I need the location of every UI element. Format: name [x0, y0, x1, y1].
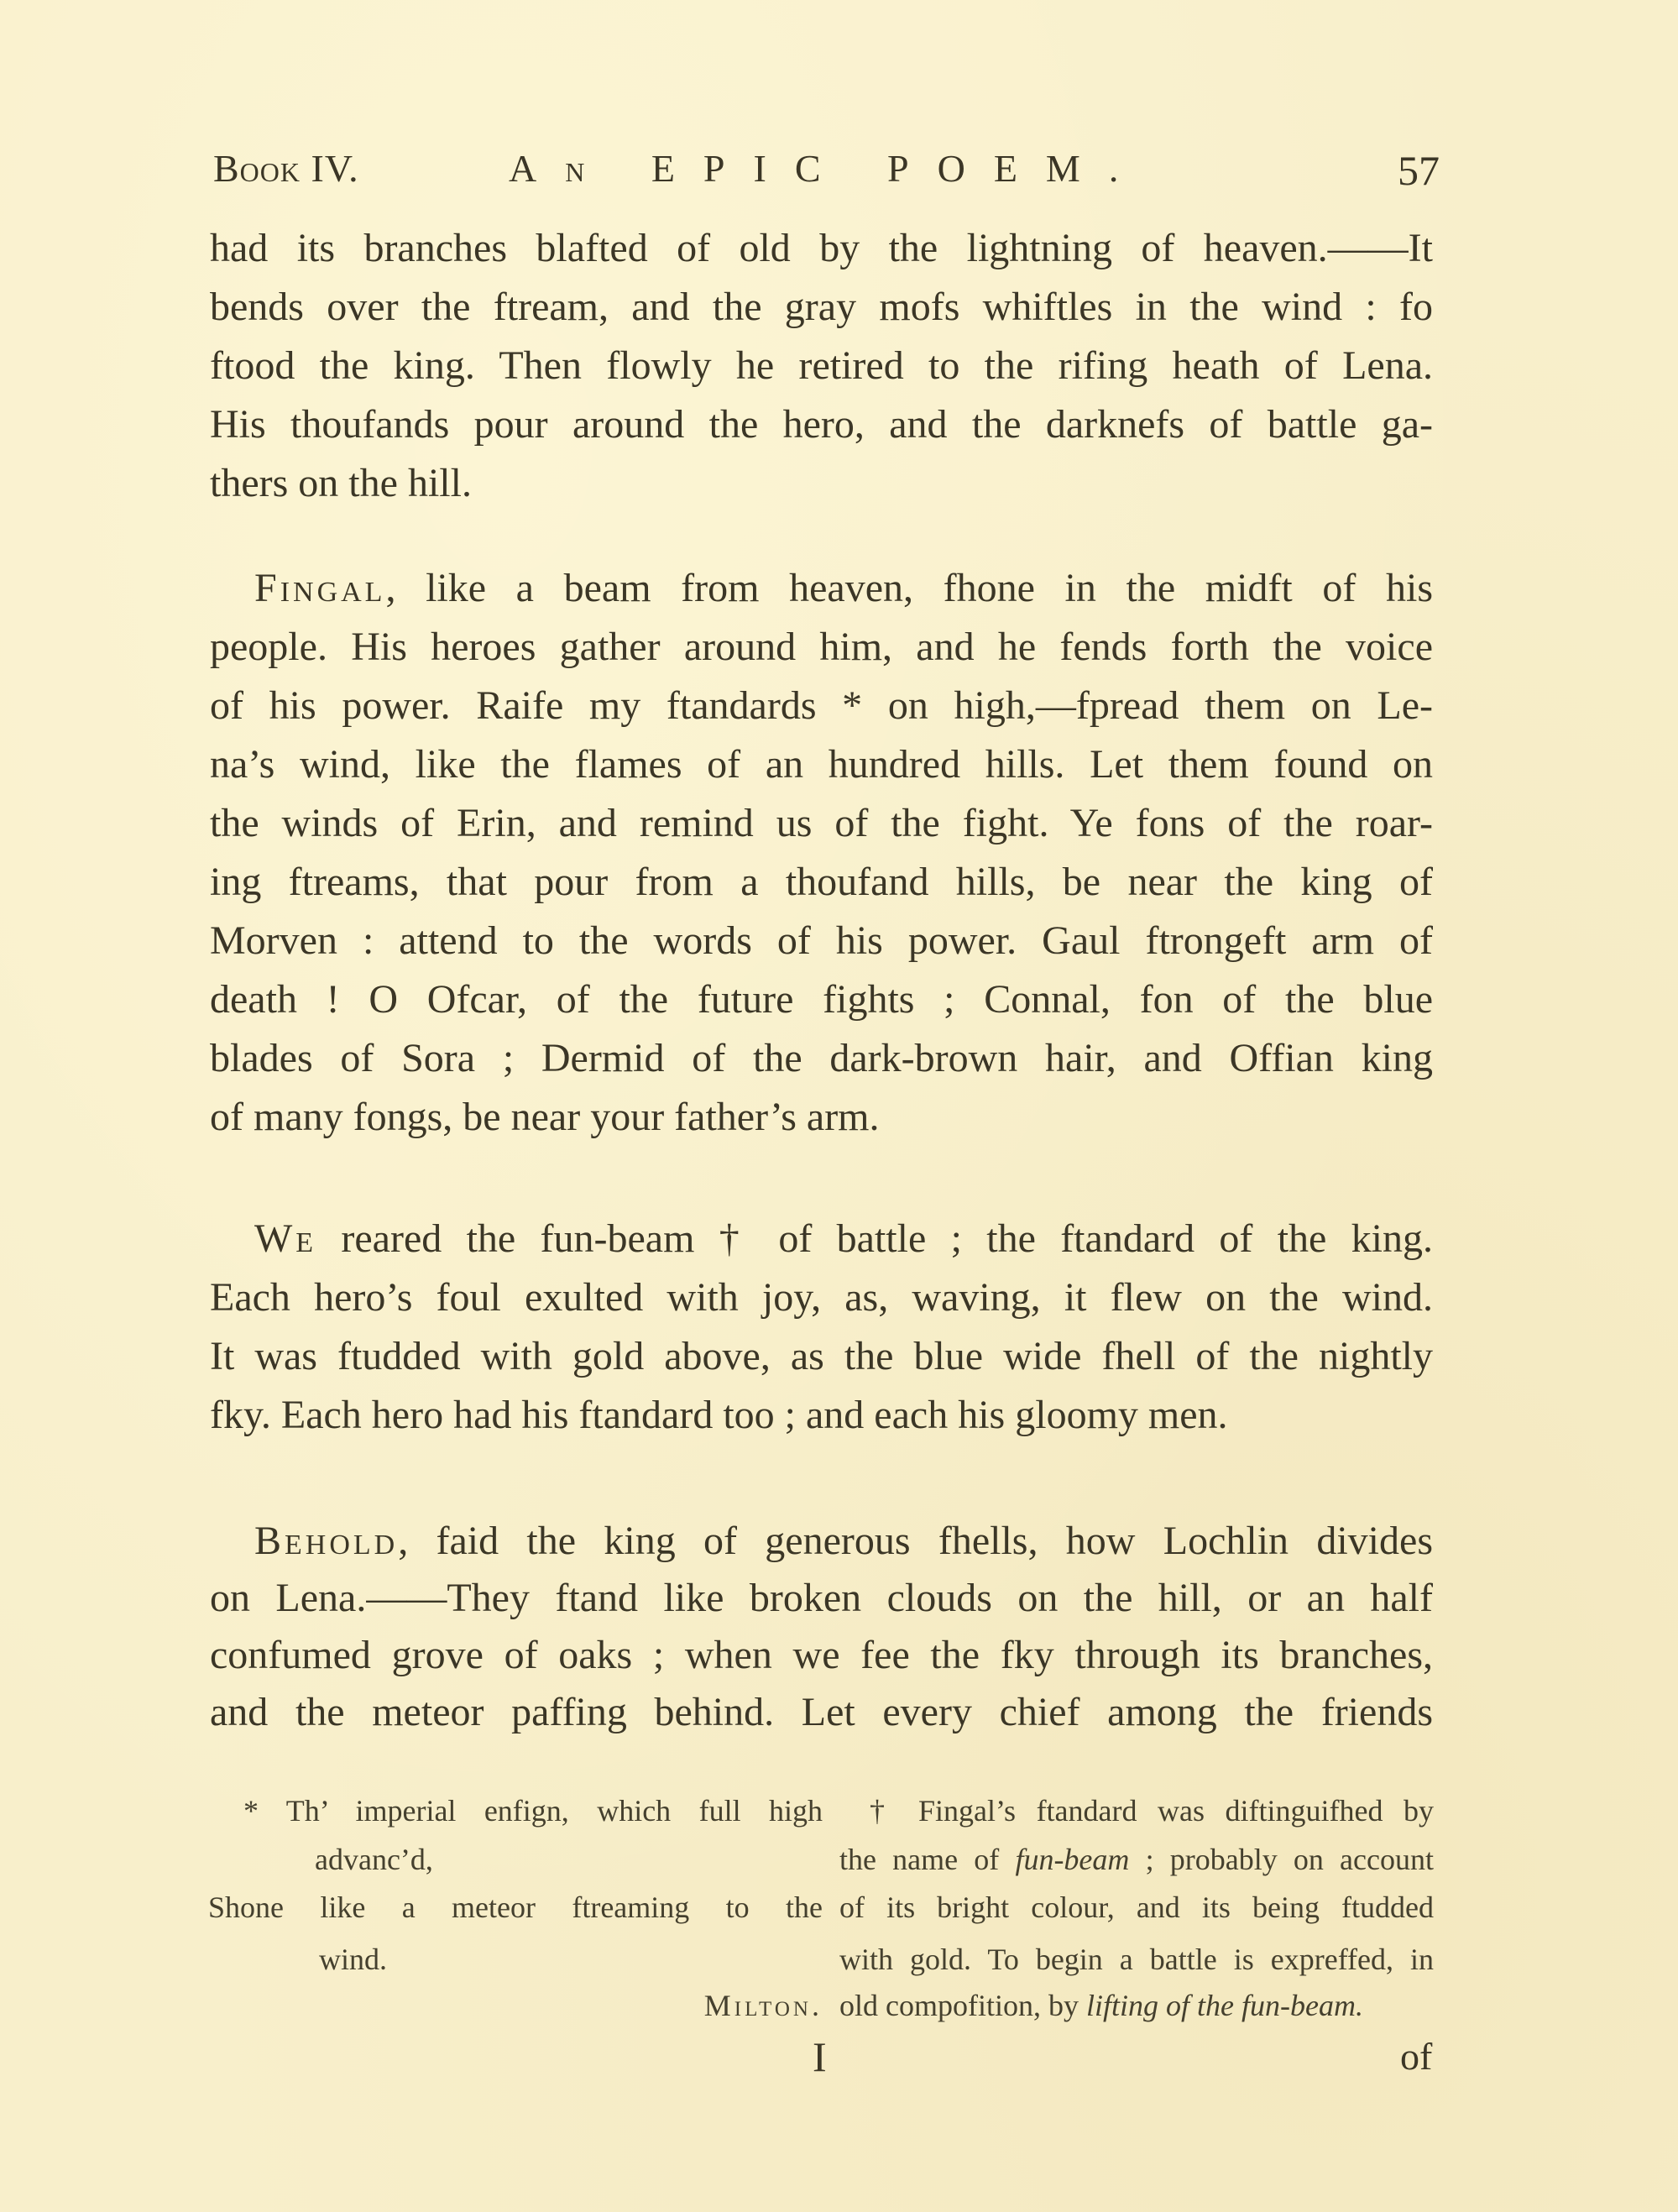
footnote-line: of its bright colour, and its being ftud…: [839, 1888, 1434, 1927]
text-line: Each hero’s foul exulted with joy, as, w…: [210, 1273, 1433, 1323]
text-line: Fingal, like a beam from heaven, fhone i…: [254, 563, 1433, 614]
signature-mark: I: [813, 2032, 827, 2082]
text-line: His thoufands pour around the hero, and …: [210, 400, 1433, 450]
text-line: of his power. Raife my ftandards * on hi…: [210, 681, 1433, 731]
text-line: Morven : attend to the words of his powe…: [210, 916, 1433, 966]
text-line: confumed grove of oaks ; when we fee the…: [210, 1630, 1433, 1681]
text-line: na’s wind, like the flames of an hundred…: [210, 740, 1433, 790]
footnote-line: the name of fun-beam ; probably on accou…: [839, 1840, 1434, 1879]
text-line: of many fongs, be near your father’s arm…: [210, 1092, 1433, 1143]
text-line: ing ftreams, that pour from a thoufand h…: [210, 857, 1433, 907]
page-number: 57: [1398, 149, 1440, 191]
text-line: bends over the ftream, and the gray mofs…: [210, 282, 1433, 332]
line-text: old compofition, by: [839, 1989, 1086, 2022]
text-line: had its branches blafted of old by the l…: [210, 223, 1433, 274]
footnote-line: advanc’d,: [315, 1840, 433, 1879]
line-text: ; probably on account: [1129, 1843, 1434, 1876]
text-line: fky. Each hero had his ftandard too ; an…: [210, 1390, 1433, 1441]
running-head: Book IV. An EPIC POEM. 57: [213, 148, 1439, 190]
text-line: ftood the king. Then flowly he retired t…: [210, 341, 1433, 391]
catchword: of: [1400, 2032, 1432, 2082]
footnote-line: † Fingal’s ftandard was diftinguifhed by: [870, 1791, 1434, 1830]
line-text: , faid the king of generous fhells, how …: [398, 1519, 1433, 1563]
text-line: on Lena.——They ftand like broken clouds …: [210, 1573, 1433, 1624]
footnote-line: Shone like a meteor ftreaming to the: [208, 1888, 823, 1927]
book-page: Book IV. An EPIC POEM. 57 had its branch…: [0, 0, 1678, 2212]
text-line: the winds of Erin, and remind us of the …: [210, 798, 1433, 849]
running-head-title: An EPIC POEM.: [509, 148, 1147, 190]
line-text: the name of: [839, 1843, 1015, 1876]
text-line: thers on the hill.: [210, 458, 1433, 509]
line-text: , like a beam from heaven, fhone in the …: [385, 566, 1433, 610]
running-head-book: Book IV.: [213, 148, 359, 190]
footnote-line: old compofition, by lifting of the fun-b…: [839, 1986, 1434, 2025]
footnote-line: * Th’ imperial enfign, which full high: [243, 1791, 823, 1830]
footnote-attribution: Milton.: [628, 1986, 823, 2025]
text-line: Behold, faid the king of generous fhells…: [254, 1516, 1433, 1566]
italic-term: lifting of the fun-beam.: [1086, 1989, 1363, 2022]
text-line: It was ftudded with gold above, as the b…: [210, 1331, 1433, 1382]
text-line: people. His heroes gather around him, an…: [210, 622, 1433, 672]
line-text: reared the fun-beam † of battle ; the ft…: [316, 1216, 1433, 1261]
lead-word: Behold: [254, 1519, 398, 1563]
lead-word: We: [254, 1216, 316, 1261]
footnote-line: with gold. To begin a battle is expreffe…: [839, 1940, 1434, 1979]
text-line: and the meteor paffing behind. Let every…: [210, 1687, 1433, 1738]
text-line: blades of Sora ; Dermid of the dark-brow…: [210, 1033, 1433, 1084]
footnote-line: wind.: [319, 1940, 387, 1979]
lead-word: Fingal: [254, 566, 385, 610]
text-line: death ! O Ofcar, of the future fights ; …: [210, 975, 1433, 1025]
text-line: We reared the fun-beam † of battle ; the…: [254, 1214, 1433, 1264]
italic-term: fun-beam: [1015, 1843, 1129, 1876]
